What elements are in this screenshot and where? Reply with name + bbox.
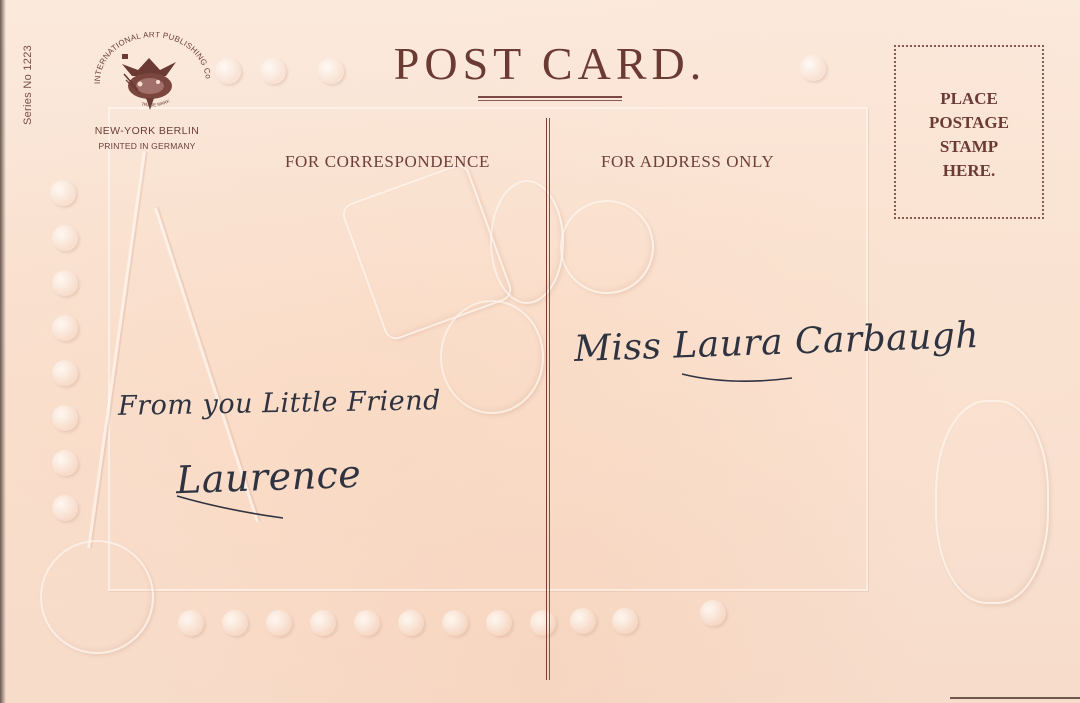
embossed-heart [530,610,556,636]
embossed-heart [486,610,512,636]
postcard: Series No 1223 INTERNATIONAL ART PUBLISH… [0,0,1080,703]
embossed-heart [52,495,78,521]
svg-text:TRADE MARK: TRADE MARK [141,98,170,107]
stamp-line: STAMP [896,135,1042,159]
embossed-heart [266,610,292,636]
embossed-bow [40,540,154,654]
embossed-flower [440,300,544,414]
address-label: FOR ADDRESS ONLY [601,152,774,172]
publisher-cities: NEW-YORK BERLIN [82,125,212,137]
embossed-heart [310,610,336,636]
embossed-heart [398,610,424,636]
embossed-heart [215,58,241,84]
embossed-heart [178,610,204,636]
embossed-heart [52,450,78,476]
printed-in: PRINTED IN GERMANY [82,141,212,151]
embossed-heart [260,58,286,84]
handwritten-message: From you Little Friend [118,385,441,422]
stamp-line: PLACE [896,87,1042,111]
embossed-flower [935,400,1049,604]
stamp-line: HERE. [896,159,1042,183]
embossed-heart [52,360,78,386]
card-left-edge-shadow [0,0,6,703]
embossed-heart [222,610,248,636]
stamp-box: PLACE POSTAGE STAMP HERE. [894,45,1044,219]
embossed-heart [700,600,726,626]
trade-mark-arc: TRADE MARK [126,98,176,112]
title-underline [478,96,622,101]
address-flourish [680,372,800,386]
publisher-logo: INTERNATIONAL ART PUBLISHING Co. TRADE M… [88,32,212,114]
embossed-heart [570,608,596,634]
center-divider [546,118,550,680]
stamp-line: POSTAGE [896,111,1042,135]
embossed-heart [50,180,76,206]
embossed-heart [52,315,78,341]
embossed-heart [354,610,380,636]
series-number: Series No 1223 [22,30,38,140]
embossed-heart [52,270,78,296]
scan-edge-mark [950,697,1080,699]
signature-flourish [175,492,295,522]
embossed-heart [52,405,78,431]
embossed-heart [442,610,468,636]
embossed-heart [612,608,638,634]
embossed-heart [52,225,78,251]
stamp-instructions: PLACE POSTAGE STAMP HERE. [896,87,1042,183]
page-title: POST CARD. [340,38,760,90]
embossed-flower [490,180,564,304]
embossed-flower [560,200,654,294]
correspondence-label: FOR CORRESPONDENCE [285,152,490,172]
embossed-heart [800,55,826,81]
